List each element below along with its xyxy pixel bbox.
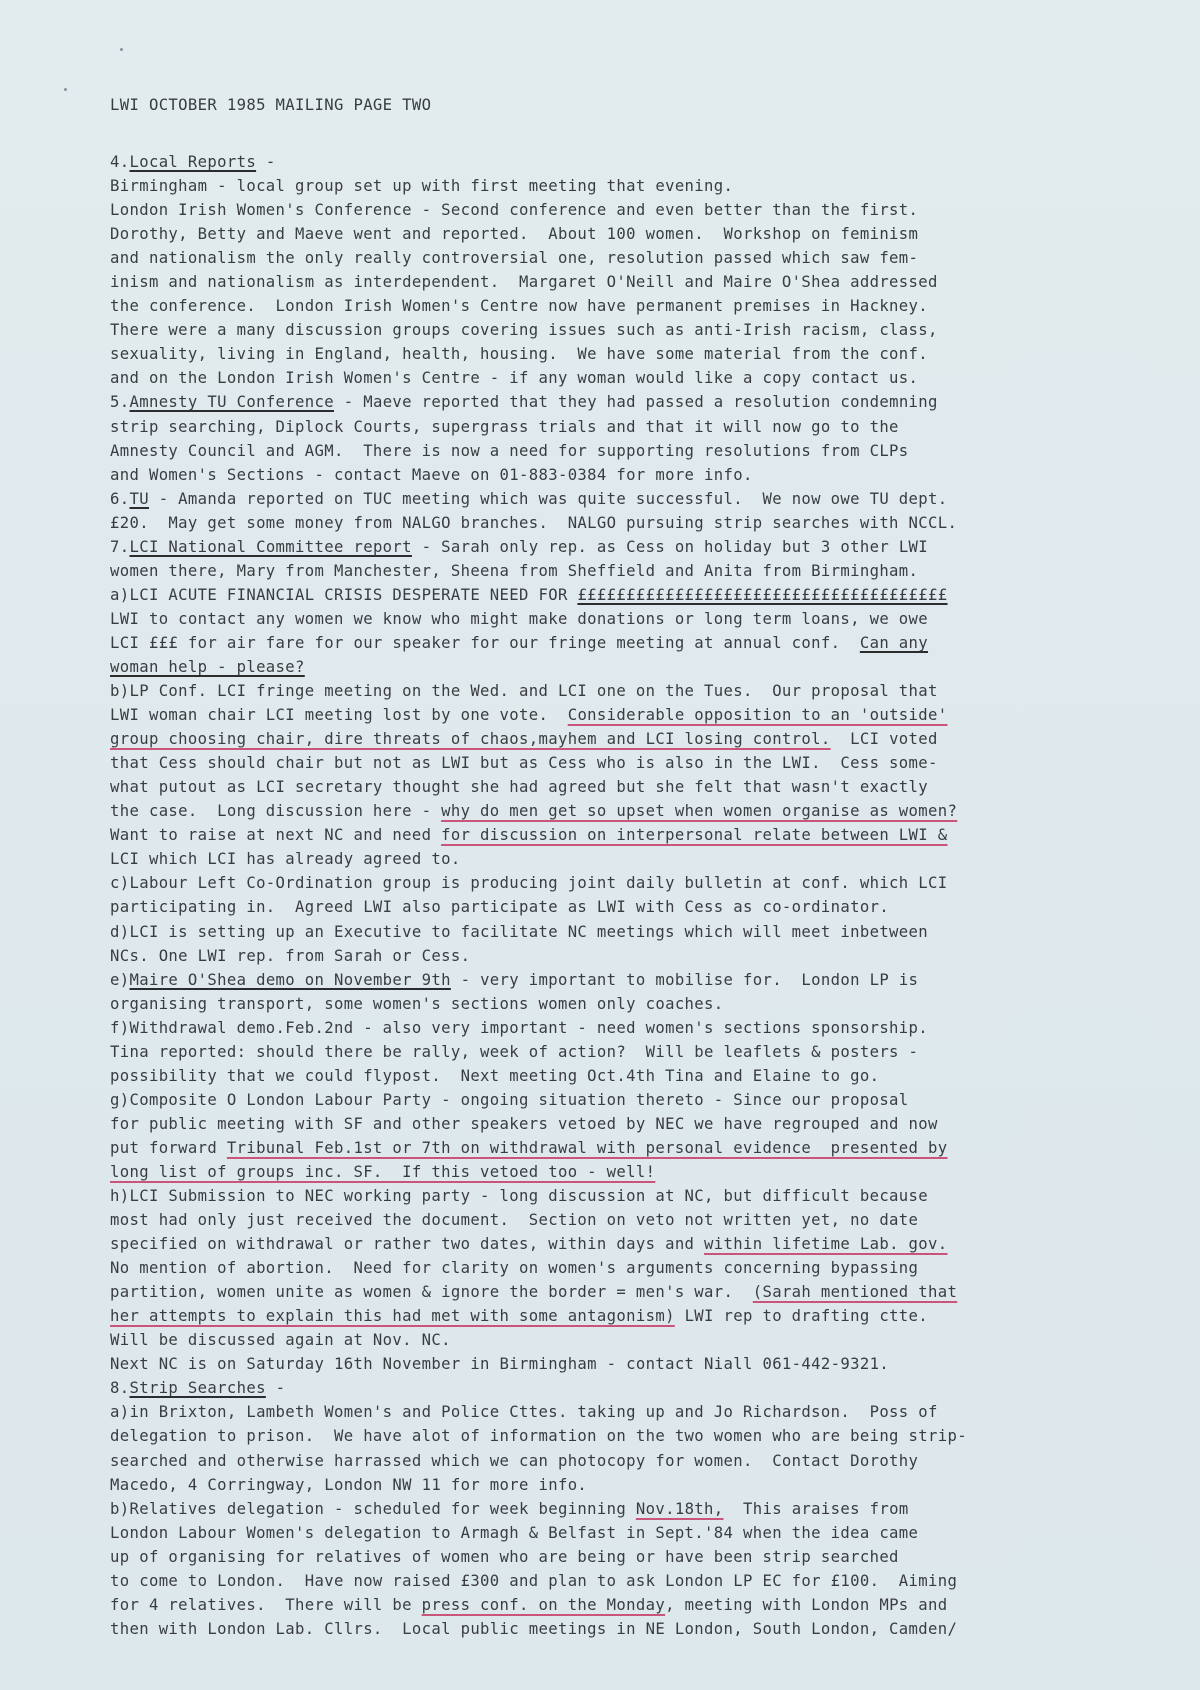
text-segment: a)LCI ACUTE FINANCIAL CRISIS DESPERATE N… [110,586,577,604]
pen-underline-text: (Sarah mentioned that [753,1283,958,1301]
text-line: c)Labour Left Co-Ordination group is pro… [110,871,1170,895]
text-line: g)Composite O London Labour Party - ongo… [110,1088,1170,1112]
text-segment: b)Relatives delegation - scheduled for w… [110,1500,636,1518]
text-segment: for 4 relatives. There will be [110,1596,422,1614]
pen-underline-text: why do men get so upset when women organ… [441,802,957,820]
page-title: LWI OCTOBER 1985 MAILING PAGE TWO [110,94,1170,124]
text-segment: Tina reported: should there be rally, we… [110,1043,918,1061]
text-segment: NCs. One LWI rep. from Sarah or Cess. [110,947,470,965]
text-segment: then with London Lab. Cllrs. Local publi… [110,1620,957,1638]
text-line: b)Relatives delegation - scheduled for w… [110,1497,1170,1521]
text-segment: LCI voted [831,730,938,748]
text-line: women there, Mary from Manchester, Sheen… [110,559,1170,583]
text-segment: 6. [110,490,129,508]
text-segment: e) [110,971,129,989]
typed-document: LWI OCTOBER 1985 MAILING PAGE TWO 4.Loca… [110,94,1170,1641]
text-line: Dorothy, Betty and Maeve went and report… [110,222,1170,246]
text-segment: There were a many discussion groups cove… [110,321,938,339]
text-segment: LWI woman chair LCI meeting lost by one … [110,706,568,724]
text-line: LCI which LCI has already agreed to. [110,847,1170,871]
text-segment: to come to London. Have now raised £300 … [110,1572,957,1590]
text-segment: , meeting with London MPs and [665,1596,947,1614]
typed-underline-text: Amnesty TU Conference [129,393,334,411]
text-line: group choosing chair, dire threats of ch… [110,727,1170,751]
pen-underline-text: Nov.18th, [636,1500,724,1518]
text-line: participating in. Agreed LWI also partic… [110,895,1170,919]
text-segment: that Cess should chair but not as LWI bu… [110,754,938,772]
text-line: LWI woman chair LCI meeting lost by one … [110,703,1170,727]
text-segment: LCI which LCI has already agreed to. [110,850,461,868]
text-line: possibility that we could flypost. Next … [110,1064,1170,1088]
typed-underline-text: TU [129,490,148,508]
text-segment: h)LCI Submission to NEC working party - … [110,1187,928,1205]
text-segment: put forward [110,1139,227,1157]
text-line: h)LCI Submission to NEC working party - … [110,1184,1170,1208]
text-line: There were a many discussion groups cove… [110,318,1170,342]
text-segment: 8. [110,1379,129,1397]
text-segment: and on the London Irish Women's Centre -… [110,369,918,387]
text-line: to come to London. Have now raised £300 … [110,1569,1170,1593]
text-line: No mention of abortion. Need for clarity… [110,1256,1170,1280]
text-line: that Cess should chair but not as LWI bu… [110,751,1170,775]
text-line: Will be discussed again at Nov. NC. [110,1328,1170,1352]
text-line: LCI £££ for air fare for our speaker for… [110,631,1170,655]
text-segment: Next NC is on Saturday 16th November in … [110,1355,889,1373]
text-segment: - [256,153,275,171]
text-line: 8.Strip Searches - [110,1376,1170,1400]
text-segment: - very important to mobilise for. London… [451,971,918,989]
text-line: most had only just received the document… [110,1208,1170,1232]
text-line: and Women's Sections - contact Maeve on … [110,463,1170,487]
text-line: for 4 relatives. There will be press con… [110,1593,1170,1617]
text-segment: Will be discussed again at Nov. NC. [110,1331,451,1349]
pen-underline-text: Considerable opposition to an 'outside' [568,706,948,724]
text-line: up of organising for relatives of women … [110,1545,1170,1569]
text-segment: 7. [110,538,129,556]
pen-underline-text: Tribunal Feb.1st or 7th on withdrawal wi… [227,1139,948,1157]
paper-speck [64,88,67,91]
text-segment: No mention of abortion. Need for clarity… [110,1259,918,1277]
text-segment: Dorothy, Betty and Maeve went and report… [110,225,918,243]
text-line: e)Maire O'Shea demo on November 9th - ve… [110,968,1170,992]
text-segment: partition, women unite as women & ignore… [110,1283,753,1301]
typed-underline-text: Maire O'Shea demo on November 9th [129,971,450,989]
text-segment: delegation to prison. We have alot of in… [110,1427,967,1445]
scanned-page: LWI OCTOBER 1985 MAILING PAGE TWO 4.Loca… [0,0,1200,1690]
typed-underline-text: Can any [860,634,928,652]
text-line: Macedo, 4 Corringway, London NW 11 for m… [110,1473,1170,1497]
text-line: Next NC is on Saturday 16th November in … [110,1352,1170,1376]
text-segment: and Women's Sections - contact Maeve on … [110,466,753,484]
text-segment: - Maeve reported that they had passed a … [334,393,938,411]
text-segment: LCI £££ for air fare for our speaker for… [110,634,860,652]
text-line: strip searching, Diplock Courts, supergr… [110,415,1170,439]
pen-underline-text: long list of groups inc. SF. If this vet… [110,1163,655,1181]
text-segment: participating in. Agreed LWI also partic… [110,898,889,916]
text-segment: and nationalism the only really controve… [110,249,918,267]
text-line: d)LCI is setting up an Executive to faci… [110,920,1170,944]
text-segment: 4. [110,153,129,171]
text-line: 4.Local Reports - [110,150,1170,174]
text-segment: £20. May get some money from NALGO branc… [110,514,957,532]
text-segment: c)Labour Left Co-Ordination group is pro… [110,874,948,892]
text-segment: Amnesty Council and AGM. There is now a … [110,442,909,460]
pen-underline-text: group choosing chair, dire threats of ch… [110,730,831,748]
text-segment: a)in Brixton, Lambeth Women's and Police… [110,1403,938,1421]
text-segment: London Labour Women's delegation to Arma… [110,1524,918,1542]
typed-underline-text: woman help - please? [110,658,305,676]
text-line: and nationalism the only really controve… [110,246,1170,270]
text-segment: Macedo, 4 Corringway, London NW 11 for m… [110,1476,587,1494]
text-segment: searched and otherwise harrassed which w… [110,1452,918,1470]
text-line: b)LP Conf. LCI fringe meeting on the Wed… [110,679,1170,703]
text-line: put forward Tribunal Feb.1st or 7th on w… [110,1136,1170,1160]
text-segment: 5. [110,393,129,411]
text-segment: b)LP Conf. LCI fringe meeting on the Wed… [110,682,938,700]
text-line: and on the London Irish Women's Centre -… [110,366,1170,390]
text-segment: women there, Mary from Manchester, Sheen… [110,562,918,580]
text-line: searched and otherwise harrassed which w… [110,1449,1170,1473]
text-line: Want to raise at next NC and need for di… [110,823,1170,847]
text-segment: inism and nationalism as interdependent.… [110,273,938,291]
text-line: NCs. One LWI rep. from Sarah or Cess. [110,944,1170,968]
text-line: 5.Amnesty TU Conference - Maeve reported… [110,390,1170,414]
typed-underline-text: ££££££££££££££££££££££££££££££££££££££ [577,586,947,604]
text-line: partition, women unite as women & ignore… [110,1280,1170,1304]
text-segment: Want to raise at next NC and need [110,826,441,844]
text-segment: LWI to contact any women we know who mig… [110,610,928,628]
text-segment: London Irish Women's Conference - Second… [110,201,918,219]
text-line: 6.TU - Amanda reported on TUC meeting wh… [110,487,1170,511]
text-segment: strip searching, Diplock Courts, supergr… [110,418,899,436]
text-segment: the conference. London Irish Women's Cen… [110,297,928,315]
typed-underline-text: LCI National Committee report [129,538,411,556]
pen-underline-text: for discussion on interpersonal relate b… [441,826,947,844]
pen-underline-text: within lifetime Lab. gov. [704,1235,947,1253]
typed-underline-text: Local Reports [129,153,256,171]
text-segment: LWI rep to drafting ctte. [675,1307,928,1325]
text-line: £20. May get some money from NALGO branc… [110,511,1170,535]
text-line: LWI to contact any women we know who mig… [110,607,1170,631]
text-line: delegation to prison. We have alot of in… [110,1424,1170,1448]
text-segment: - Amanda reported on TUC meeting which w… [149,490,948,508]
text-line: inism and nationalism as interdependent.… [110,270,1170,294]
text-line: London Irish Women's Conference - Second… [110,198,1170,222]
text-segment: f)Withdrawal demo.Feb.2nd - also very im… [110,1019,928,1037]
text-segment: - Sarah only rep. as Cess on holiday but… [412,538,928,556]
text-line: specified on withdrawal or rather two da… [110,1232,1170,1256]
text-segment: Birmingham - local group set up with fir… [110,177,733,195]
text-segment: This araises from [724,1500,909,1518]
text-line: for public meeting with SF and other spe… [110,1112,1170,1136]
text-line: then with London Lab. Cllrs. Local publi… [110,1617,1170,1641]
text-line: Birmingham - local group set up with fir… [110,174,1170,198]
text-segment: g)Composite O London Labour Party - ongo… [110,1091,909,1109]
text-segment: for public meeting with SF and other spe… [110,1115,938,1133]
text-line: sexuality, living in England, health, ho… [110,342,1170,366]
text-segment: the case. Long discussion here - [110,802,441,820]
text-segment: up of organising for relatives of women … [110,1548,899,1566]
text-line: long list of groups inc. SF. If this vet… [110,1160,1170,1184]
text-segment: organising transport, some women's secti… [110,995,724,1013]
text-line: organising transport, some women's secti… [110,992,1170,1016]
text-segment: sexuality, living in England, health, ho… [110,345,928,363]
text-line: London Labour Women's delegation to Arma… [110,1521,1170,1545]
text-segment: d)LCI is setting up an Executive to faci… [110,923,928,941]
text-line: a)in Brixton, Lambeth Women's and Police… [110,1400,1170,1424]
text-line: what putout as LCI secretary thought she… [110,775,1170,799]
text-segment: what putout as LCI secretary thought she… [110,778,928,796]
text-line: 7.LCI National Committee report - Sarah … [110,535,1170,559]
text-segment: specified on withdrawal or rather two da… [110,1235,704,1253]
text-line: her attempts to explain this had met wit… [110,1304,1170,1328]
text-line: Amnesty Council and AGM. There is now a … [110,439,1170,463]
text-segment: possibility that we could flypost. Next … [110,1067,879,1085]
pen-underline-text: press conf. on the Monday [422,1596,665,1614]
text-line: the case. Long discussion here - why do … [110,799,1170,823]
text-line: f)Withdrawal demo.Feb.2nd - also very im… [110,1016,1170,1040]
paper-speck [120,48,123,51]
text-line: a)LCI ACUTE FINANCIAL CRISIS DESPERATE N… [110,583,1170,607]
text-segment: - [266,1379,285,1397]
text-line: woman help - please? [110,655,1170,679]
text-line: the conference. London Irish Women's Cen… [110,294,1170,318]
text-segment: most had only just received the document… [110,1211,918,1229]
document-body: 4.Local Reports -Birmingham - local grou… [110,150,1170,1641]
text-line: Tina reported: should there be rally, we… [110,1040,1170,1064]
typed-underline-text: Strip Searches [129,1379,265,1397]
pen-underline-text: her attempts to explain this had met wit… [110,1307,675,1325]
